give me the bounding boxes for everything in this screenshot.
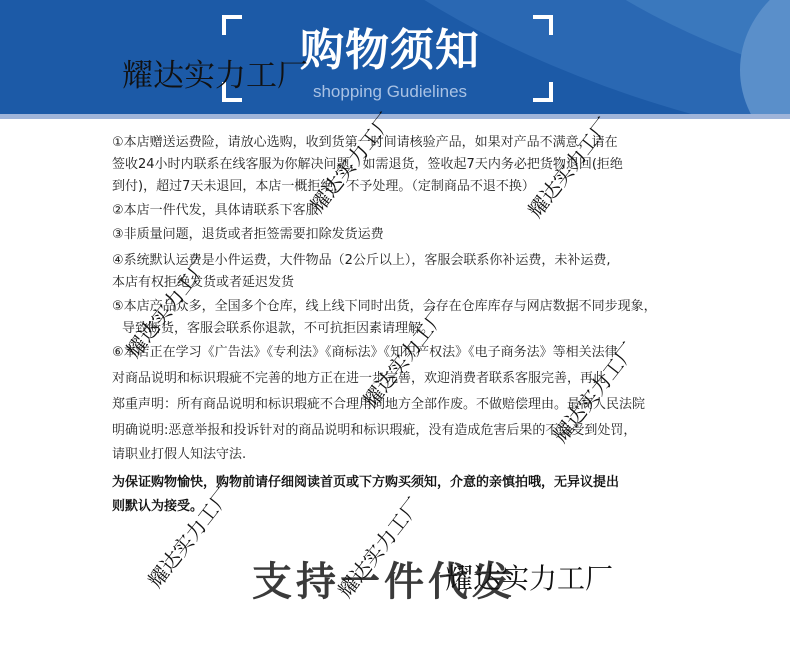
notice-line: 为保证购物愉快，购物前请仔细阅读首页或下方购买须知，介意的亲慎拍哦，无异议提出 xyxy=(112,472,712,494)
notice-line: 导致断货，客服会联系你退款，不可抗拒因素请理解。 xyxy=(112,318,712,340)
notice-line: ⑥本店正在学习《广告法》《专利法》《商标法》《知识产权法》《电子商务法》等相关法… xyxy=(112,342,712,364)
notice-line: 本店有权拒绝发货或者延迟发货 xyxy=(112,272,712,294)
notice-line: ⑤本店产品众多，全国多个仓库，线上线下同时出货，会存在仓库库存与网店数据不同步现… xyxy=(112,296,712,318)
notice-line: 郑重声明：所有商品说明和标识瑕疵不合理用词地方全部作废。不做赔偿理由。最高人民法… xyxy=(112,394,712,416)
notice-item-5: ⑤本店产品众多，全国多个仓库，线上线下同时出货，会存在仓库库存与网店数据不同步现… xyxy=(112,296,712,340)
watermark-text: 耀达实力工厂 xyxy=(122,50,308,95)
bracket-corner-icon xyxy=(533,15,553,35)
notice-closing: 为保证购物愉快，购物前请仔细阅读首页或下方购买须知，介意的亲慎拍哦，无异议提出 … xyxy=(112,472,712,518)
notice-item-1: ①本店赠送运费险，请放心选购，收到货第一时间请核验产品，如果对产品不满意，请在 … xyxy=(112,132,712,198)
page-title: 购物须知 xyxy=(280,26,500,76)
notice-line: ①本店赠送运费险，请放心选购，收到货第一时间请核验产品，如果对产品不满意，请在 xyxy=(112,132,712,154)
page-subtitle: shopping Gudielines xyxy=(290,82,490,102)
notice-item-2: ②本店一件代发，具体请联系下客服 xyxy=(112,200,712,222)
notice-item-4: ④系统默认运费是小件运费，大件物品（2公斤以上），客服会联系你补运费，未补运费,… xyxy=(112,250,712,294)
shopping-notice: ①本店赠送运费险，请放心选购，收到货第一时间请核验产品，如果对产品不满意，请在 … xyxy=(112,132,712,520)
notice-line: 对商品说明和标识瑕疵不完善的地方正在进一步完善，欢迎消费者联系客服完善，再此 xyxy=(112,368,712,390)
notice-line: 请职业打假人知法守法. xyxy=(112,444,712,466)
notice-item-6: ⑥本店正在学习《广告法》《专利法》《商标法》《知识产权法》《电子商务法》等相关法… xyxy=(112,342,712,466)
bracket-corner-icon xyxy=(533,82,553,102)
notice-line: ③非质量问题，退货或者拒签需要扣除发货运费 xyxy=(112,224,712,246)
notice-line: 则默认为接受。 xyxy=(112,496,712,518)
notice-line: 明确说明:恶意举报和投诉针对的商品说明和标识瑕疵，没有造成危害后果的不会受到处罚… xyxy=(112,420,712,442)
notice-line: 到付)，超过7天未退回，本店一概拒绝，不予处理。（定制商品不退不换） xyxy=(112,176,712,198)
header-banner: 购物须知 shopping Gudielines 耀达实力工厂 xyxy=(0,0,790,114)
notice-line: 签收24小时内联系在线客服为你解决问题，如需退货，签收起7天内务必把货物退回(拒… xyxy=(112,154,712,176)
notice-item-3: ③非质量问题，退货或者拒签需要扣除发货运费 xyxy=(112,224,712,246)
banner-divider xyxy=(0,114,790,119)
watermark-text: 耀达实力工厂 xyxy=(445,557,613,597)
notice-line: ④系统默认运费是小件运费，大件物品（2公斤以上），客服会联系你补运费，未补运费, xyxy=(112,250,712,272)
bracket-corner-icon xyxy=(222,15,242,35)
notice-line: ②本店一件代发，具体请联系下客服 xyxy=(112,200,712,222)
